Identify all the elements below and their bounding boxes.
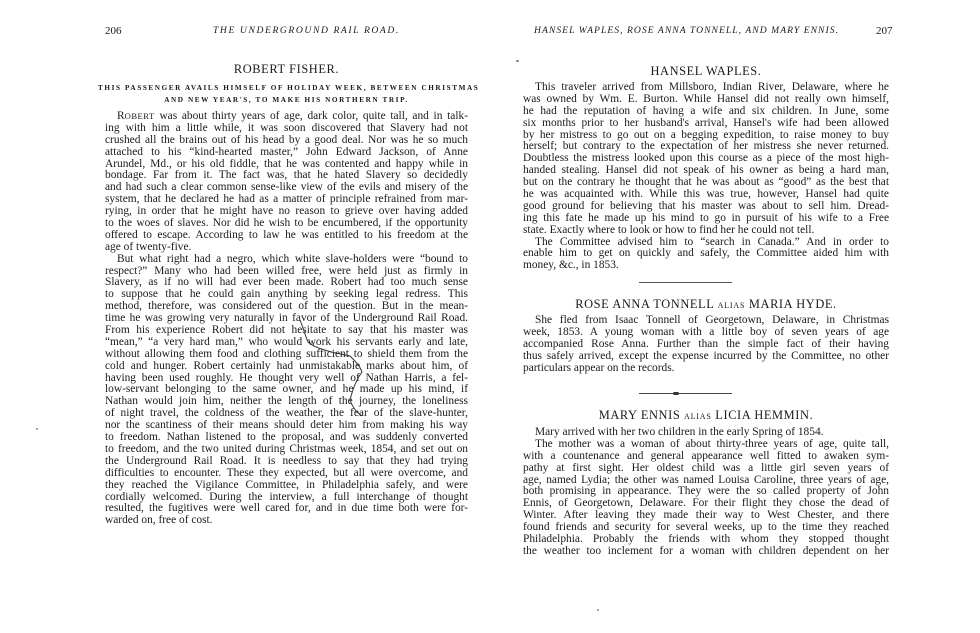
text-line: ing with him a little while, it was soon… <box>105 123 468 135</box>
section-title-robert-fisher: ROBERT FISHER. <box>105 62 468 77</box>
scan-speck <box>516 60 519 62</box>
text-line: the weather too inclement for a woman wi… <box>523 546 889 558</box>
text-line: was owned by Wm. E. Burton. While Hansel… <box>523 94 889 106</box>
text-line: difficulties to encounter. These they ex… <box>105 468 468 480</box>
body-hansel-waples: This traveler arrived from Millsboro, In… <box>523 82 889 272</box>
text-line: money, &c., in 1853. <box>523 260 889 272</box>
text-line: cold and hunger. Robert certainly had un… <box>105 361 468 373</box>
section-divider-rule <box>639 282 732 283</box>
section-title-mary-ennis: MARY ENNIS ALIAS LICIA HEMMIN. <box>523 408 889 423</box>
alias-label: ALIAS <box>684 412 712 421</box>
section-name: MARY ENNIS <box>599 408 681 422</box>
section-name: ROSE ANNA TONNELL <box>575 297 714 311</box>
text-line: age of twenty-five. <box>105 242 468 254</box>
text-line: he had the reputation of having a wife a… <box>523 106 889 118</box>
scan-speck <box>597 609 599 611</box>
section-title-rose-anna-tonnell: ROSE ANNA TONNELL ALIAS MARIA HYDE. <box>523 297 889 312</box>
page-number: 207 <box>876 24 893 38</box>
page-number: 206 <box>105 24 122 38</box>
right-page: HANSEL WAPLES, ROSE ANNA TONNELL, AND MA… <box>490 0 980 633</box>
running-head-title: HANSEL WAPLES, ROSE ANNA TONNELL, AND MA… <box>534 24 839 38</box>
text-line: accompanied Rose Anna. Further than the … <box>523 339 889 351</box>
text-line: The mother was a woman of about thirty-t… <box>523 439 889 451</box>
subtitle-line: THIS PASSENGER AVAILS HIMSELF OF HOLIDAY… <box>98 82 475 94</box>
text-line: warded on, free of cost. <box>105 515 468 527</box>
body-robert-fisher: ROBERT was about thirty years of age, da… <box>105 111 468 527</box>
text-line: pathy at first sight. Her oldest child w… <box>523 463 889 475</box>
left-page: 206 THE UNDERGROUND RAIL ROAD. ROBERT FI… <box>0 0 490 633</box>
text-line: attached to his “kind-hearted master,” J… <box>105 147 468 159</box>
text-line: crushed all the brains out of his head b… <box>105 135 468 147</box>
section-subtitle: THIS PASSENGER AVAILS HIMSELF OF HOLIDAY… <box>98 82 475 106</box>
running-head-title: THE UNDERGROUND RAIL ROAD. <box>213 24 400 38</box>
text-line: particulars appear on the records. <box>523 363 889 375</box>
section-title-hansel-waples: HANSEL WAPLES. <box>523 64 889 79</box>
text-line: with a countenance and general appearanc… <box>523 451 889 463</box>
body-rose-anna-tonnell: She fled from Isaac Tonnell of Georgetow… <box>523 315 889 374</box>
text-line: good ground for believing that his maste… <box>523 201 889 213</box>
text-line: offered to escape. According to law he w… <box>105 230 468 242</box>
section-divider-ornament <box>639 393 732 394</box>
text-line: state. Exactly where to look or how to f… <box>523 225 889 237</box>
text-line: the Underground Rail Road. It is needles… <box>105 456 468 468</box>
alias-label: ALIAS <box>718 301 746 310</box>
alias-name: LICIA HEMMIN. <box>715 408 813 422</box>
text-line: week, 1853. A young woman with a little … <box>523 327 889 339</box>
text-line: they reached the Vigilance Committee, in… <box>105 480 468 492</box>
subtitle-line: AND NEW YEAR'S, TO MAKE HIS NORTHERN TRI… <box>98 94 475 106</box>
alias-name: MARIA HYDE. <box>749 297 837 311</box>
text-line: six months prior to her husband's arriva… <box>523 118 889 130</box>
scan-speck <box>36 428 38 430</box>
text-line: without allowing them food and clothing … <box>105 349 468 361</box>
body-mary-ennis: Mary arrived with her two children in th… <box>523 427 889 558</box>
text-line: ing this fate he made up his mind to go … <box>523 213 889 225</box>
text-line: thus safely arrived, except the expense … <box>523 351 889 363</box>
text-line: But what right had a negro, which white … <box>105 254 468 266</box>
